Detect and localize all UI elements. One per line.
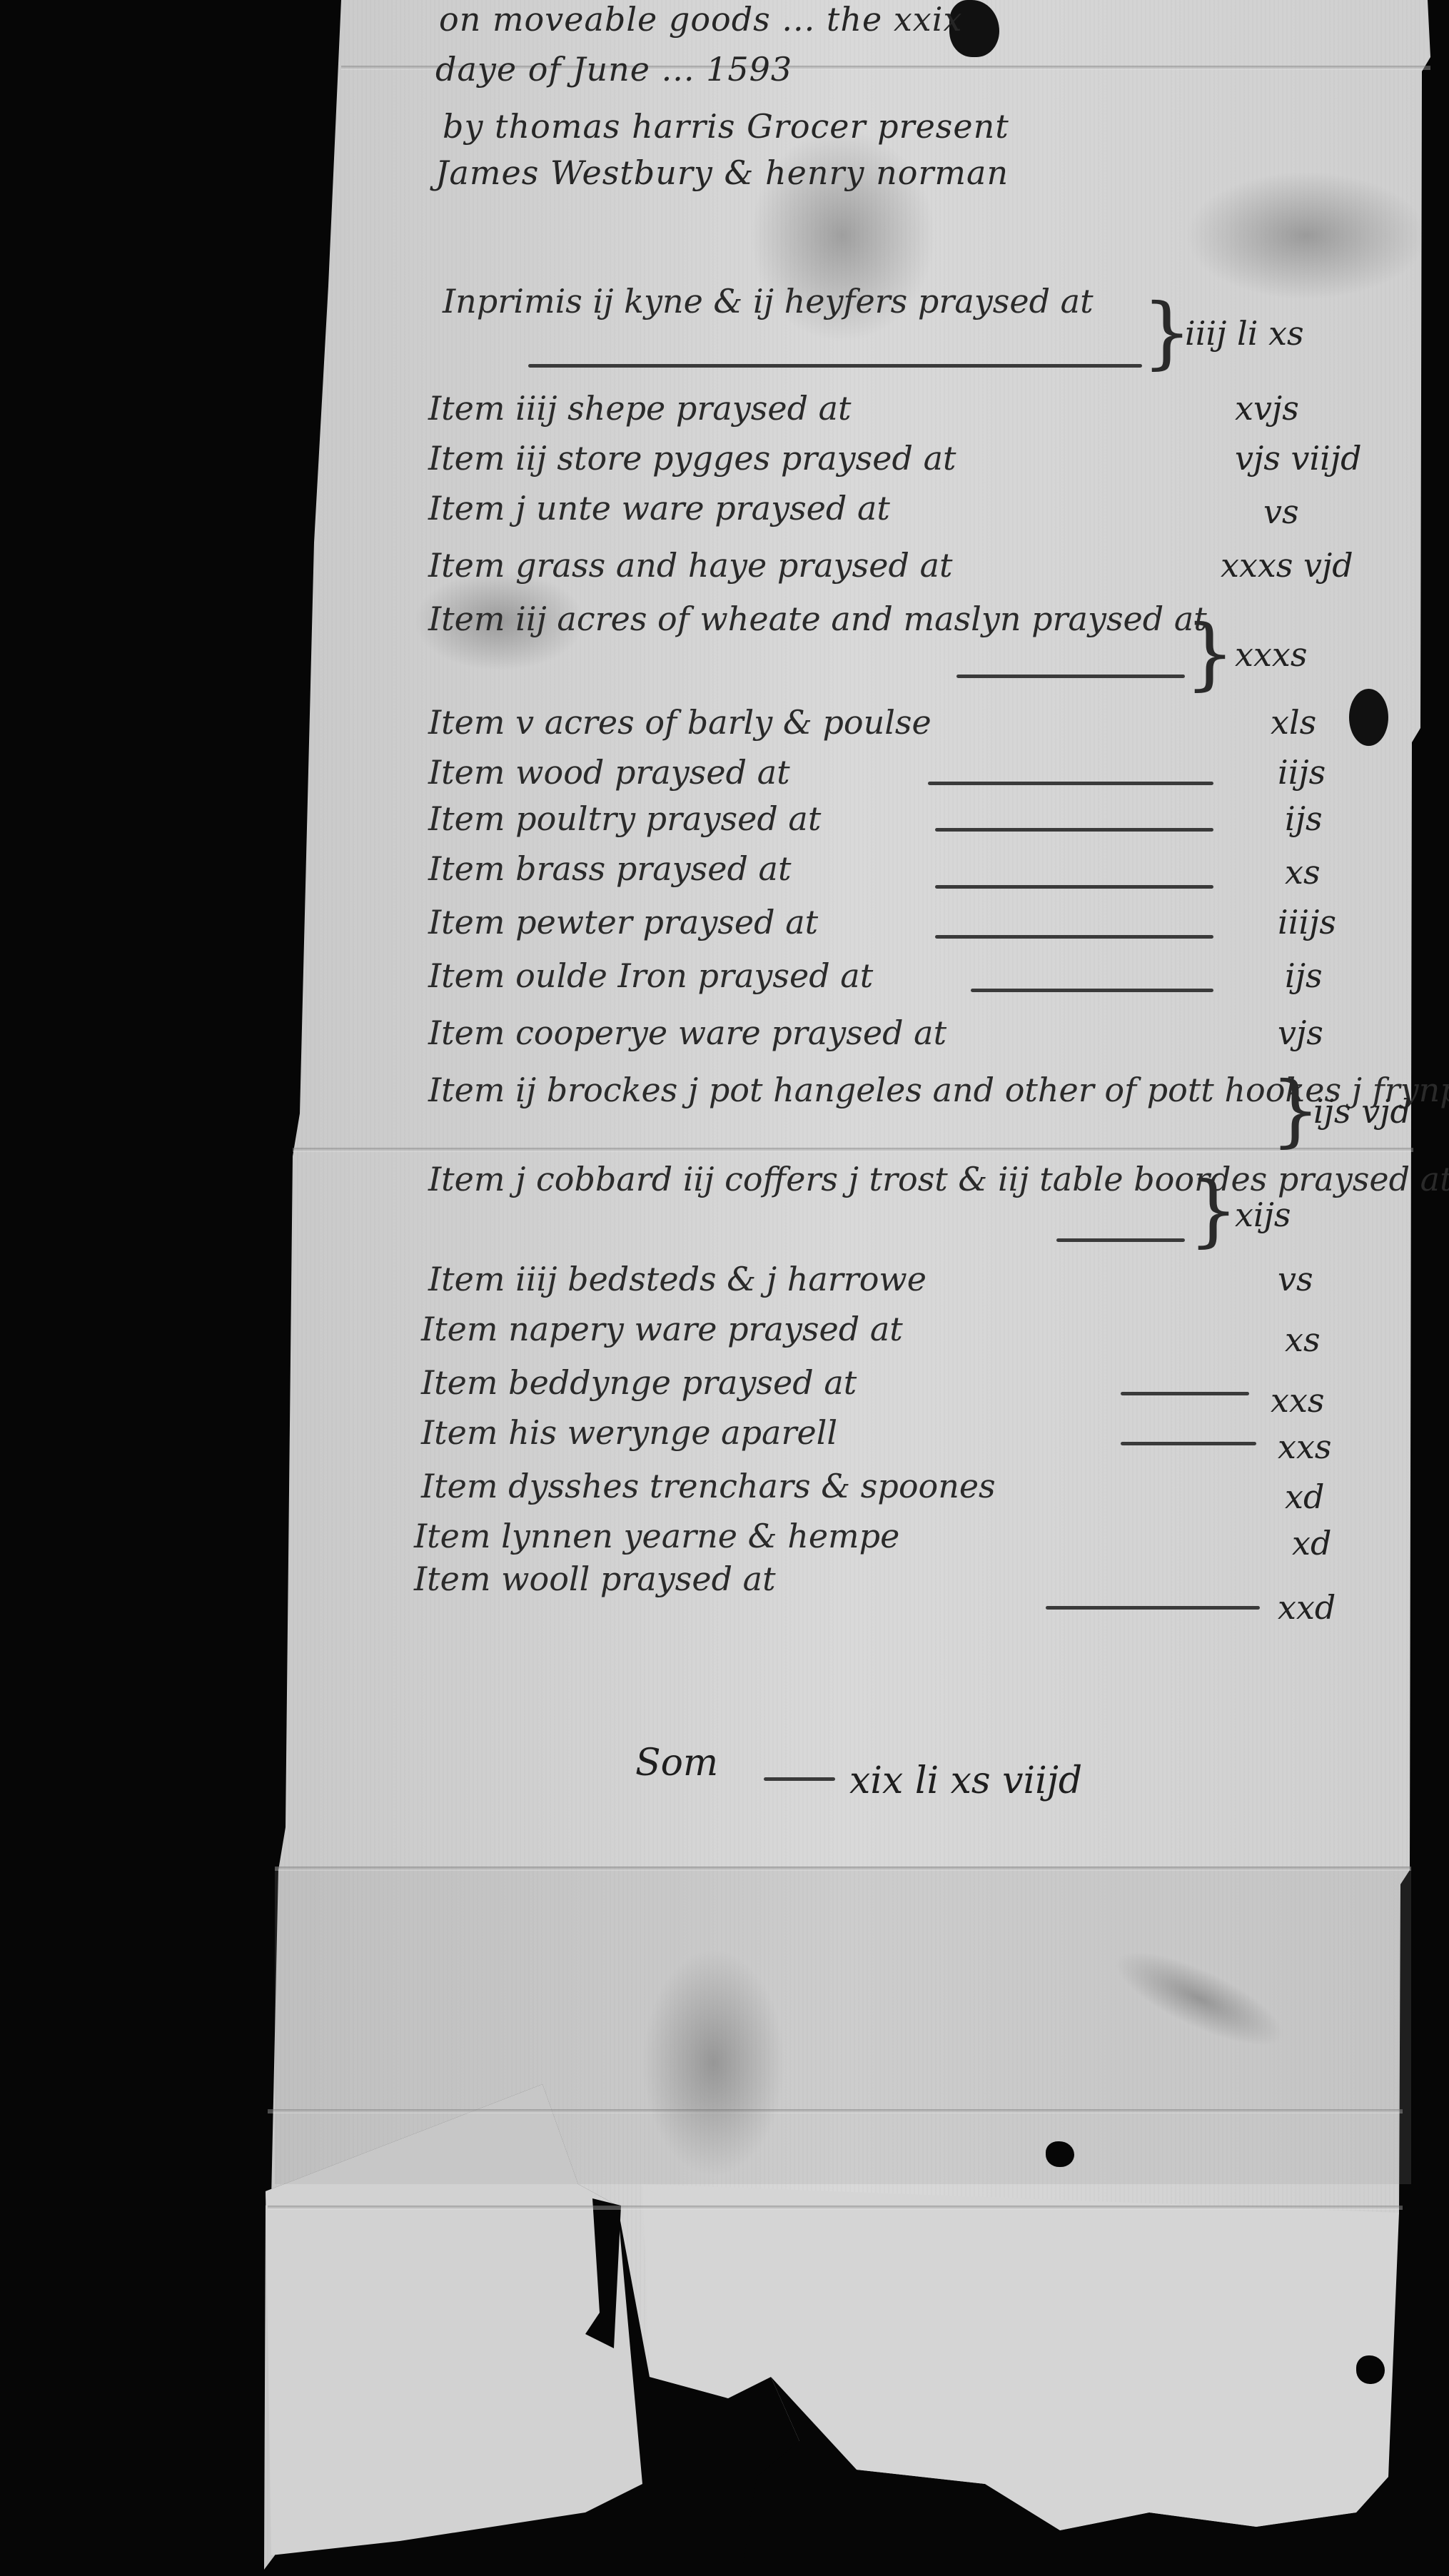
inventory-item: Inprimis ij kyne & ij heyfers praysed at — [443, 282, 1094, 320]
inventory-item: Item poultry praysed at — [428, 799, 821, 838]
fold-line — [293, 1148, 1413, 1152]
item-value: iiij li xs — [1185, 314, 1304, 353]
inventory-item: Item pewter praysed at — [428, 903, 818, 941]
inventory-item: Item v acres of barly & poulse — [428, 703, 931, 742]
item-value: xvjs — [1235, 389, 1299, 428]
leader-line — [1121, 1442, 1256, 1445]
inventory-item: Item grass and haye praysed at — [428, 546, 952, 585]
item-value: ijs — [1285, 956, 1323, 995]
inventory-item: Item oulde Iron praysed at — [428, 956, 873, 995]
header-line-2: daye of June ... 1593 — [435, 50, 792, 89]
item-value: iiijs — [1278, 903, 1336, 941]
item-value: vs — [1278, 1260, 1313, 1298]
total-value: xix li xs viijd — [849, 1759, 1082, 1802]
item-value: xxs — [1278, 1428, 1332, 1466]
inventory-item: Item napery ware praysed at — [421, 1310, 903, 1348]
fold-line — [275, 1867, 1411, 1871]
ink-blot — [1349, 689, 1388, 746]
item-value: xxxs vjd — [1221, 546, 1353, 585]
inventory-item: Item his werynge aparell — [421, 1413, 837, 1452]
inventory-item: Item dysshes trenchars & spoones — [421, 1467, 996, 1505]
inventory-item: Item j unte ware praysed at — [428, 489, 890, 527]
fold-line — [268, 2109, 1403, 2113]
item-value: xs — [1285, 853, 1321, 892]
inventory-item: Item brass praysed at — [428, 849, 791, 888]
leader-line — [1121, 1392, 1249, 1395]
leader-line — [956, 675, 1185, 678]
inventory-item: Item iij acres of wheate and maslyn pray… — [428, 600, 1207, 638]
leader-line — [1046, 1606, 1260, 1610]
inventory-item: Item iiij bedsteds & j harrowe — [428, 1260, 927, 1298]
leader-line — [935, 885, 1213, 889]
leader-line — [971, 989, 1213, 992]
bracket: } — [1188, 1171, 1238, 1249]
item-value: xls — [1271, 703, 1316, 742]
item-value: vjs — [1278, 1014, 1323, 1052]
fold-line — [268, 2206, 1403, 2210]
paper-hole — [1356, 2355, 1385, 2384]
leader-line — [1056, 1238, 1185, 1242]
header-line-3: by thomas harris Grocer present — [443, 107, 1009, 146]
item-value: xxs — [1271, 1381, 1325, 1420]
bracket: } — [1185, 614, 1235, 692]
item-value: xijs — [1235, 1196, 1291, 1234]
item-value: ijs — [1285, 799, 1323, 838]
header-line-4: James Westbury & henry norman — [435, 153, 1009, 192]
inventory-item: Item cooperye ware praysed at — [428, 1014, 946, 1052]
leader-line — [764, 1777, 835, 1781]
item-value: xd — [1292, 1524, 1331, 1562]
inventory-item: Item iij store pygges praysed at — [428, 439, 956, 478]
inventory-item: Item wood praysed at — [428, 753, 790, 792]
inventory-item: Item wooll praysed at — [414, 1560, 776, 1598]
paper-hole — [1046, 2141, 1074, 2167]
item-value: xs — [1285, 1320, 1321, 1359]
item-value: iijs — [1278, 753, 1326, 792]
item-value: xxxs — [1235, 635, 1307, 674]
item-value: vs — [1263, 493, 1299, 531]
water-stain — [642, 1949, 785, 2177]
inventory-item: Item lynnen yearne & hempe — [414, 1517, 899, 1555]
leader-line — [928, 782, 1213, 785]
item-value: vjs viijd — [1235, 439, 1362, 478]
total-label: Som — [635, 1742, 718, 1784]
inventory-item: Item j cobbard iij coffers j trost & iij… — [428, 1160, 1449, 1198]
leader-line — [935, 935, 1213, 939]
manuscript-page: on moveable goods ... the xxix daye of J… — [0, 0, 1449, 2576]
leader-line — [528, 364, 1142, 368]
item-value: ijs vjd — [1313, 1092, 1411, 1131]
item-value: xd — [1285, 1478, 1324, 1516]
leader-line — [935, 828, 1213, 832]
inventory-item: Item beddynge praysed at — [421, 1363, 857, 1402]
header-line-1: on moveable goods ... the xxix — [439, 0, 962, 39]
inventory-item: Item iiij shepe praysed at — [428, 389, 852, 428]
item-value: xxd — [1278, 1588, 1336, 1627]
water-stain — [1185, 171, 1428, 300]
